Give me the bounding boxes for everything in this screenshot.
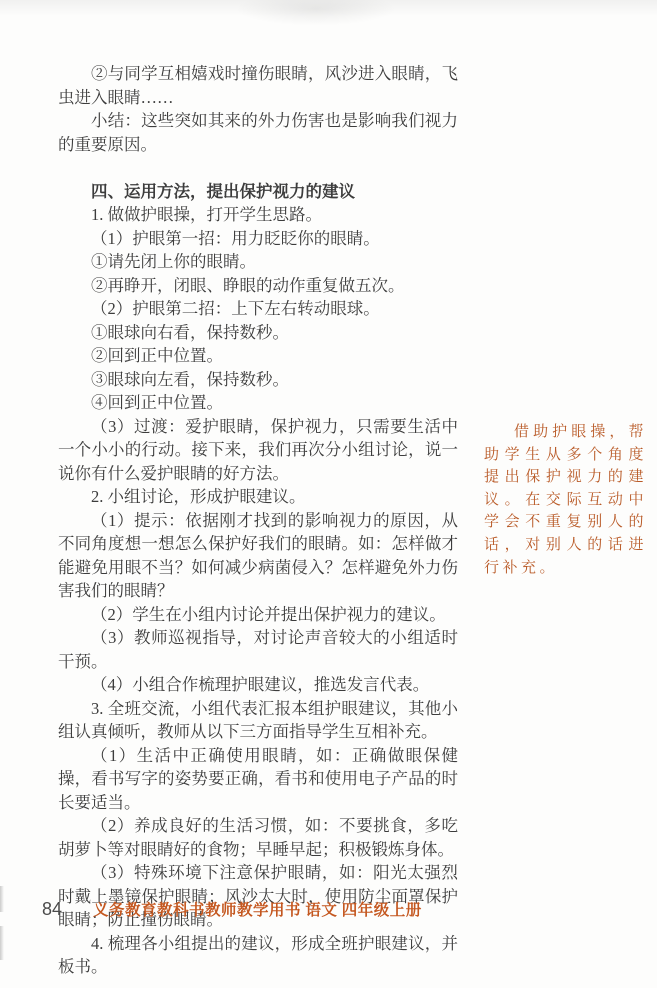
paragraph: （2）学生在小组内讨论并提出保护视力的建议。	[58, 603, 458, 627]
paragraph: （2）护眼第二招：上下左右转动眼球。	[58, 297, 458, 321]
step-paragraph: 1. 做做护眼操，打开学生思路。	[58, 203, 458, 227]
lesson-text-column: ②与同学互相嬉戏时撞伤眼睛，风沙进入眼睛，飞虫进入眼睛…… 小结：这些突如其来的…	[58, 62, 458, 979]
paragraph: （1）护眼第一招：用力眨眨你的眼睛。	[58, 227, 458, 251]
scan-artifact-smudge	[236, 0, 396, 26]
section-heading: 四、运用方法，提出保护视力的建议	[58, 180, 458, 204]
paragraph: ②再睁开，闭眼、睁眼的动作重复做五次。	[58, 274, 458, 298]
step-paragraph: 3. 全班交流，小组代表汇报本组护眼建议，其他小组认真倾听，教师从以下三方面指导…	[58, 697, 458, 744]
footer-book-title: 义务教育教科书教师教学用书 语文 四年级上册	[93, 898, 422, 920]
paragraph: （3）特殊环境下注意保护眼睛，如：阳光太强烈时戴上墨镜保护眼睛；风沙太大时，使用…	[58, 861, 458, 932]
scan-artifact-left-edge	[0, 886, 4, 912]
paragraph: （1）生活中正确使用眼睛，如：正确做眼保健操，看书写字的姿势要正确，看书和使用电…	[58, 744, 458, 815]
paragraph: （1）提示：依据刚才找到的影响视力的原因，从不同角度想一想怎么保护好我们的眼睛。…	[58, 509, 458, 603]
paragraph: ①请先闭上你的眼睛。	[58, 250, 458, 274]
paragraph: ③眼球向左看，保持数秒。	[58, 368, 458, 392]
book-page: ②与同学互相嬉戏时撞伤眼睛，风沙进入眼睛，飞虫进入眼睛…… 小结：这些突如其来的…	[0, 0, 657, 988]
paragraph: ①眼球向右看，保持数秒。	[58, 321, 458, 345]
scan-artifact-left-edge	[0, 926, 4, 960]
paragraph: （3）过渡：爱护眼睛，保护视力，只需要生活中一个小小的行动。接下来，我们再次分小…	[58, 415, 458, 486]
paragraph: （3）教师巡视指导，对讨论声音较大的小组适时干预。	[58, 626, 458, 673]
paragraph: ②与同学互相嬉戏时撞伤眼睛，风沙进入眼睛，飞虫进入眼睛……	[58, 62, 458, 109]
paragraph: ④回到正中位置。	[58, 391, 458, 415]
step-paragraph: 2. 小组讨论，形成护眼建议。	[58, 485, 458, 509]
paragraph: 小结：这些突如其来的外力伤害也是影响我们视力的重要原因。	[58, 109, 458, 156]
step-paragraph: 4. 梳理各小组提出的建议，形成全班护眼建议，并板书。	[58, 932, 458, 979]
scan-artifact-top-edge	[0, 0, 657, 16]
page-footer: 84 义务教育教科书教师教学用书 语文 四年级上册	[42, 898, 422, 920]
paragraph: （4）小组合作梳理护眼建议，推选发言代表。	[58, 673, 458, 697]
paragraph: （2）养成良好的生活习惯，如：不要挑食，多吃胡萝卜等对眼睛好的食物；早睡早起；积…	[58, 814, 458, 861]
page-number: 84	[42, 899, 62, 920]
margin-note: 借助护眼操，帮助学生从多个角度提出保护视力的建议。在交际互动中学会不重复别人的话…	[484, 421, 647, 579]
paragraph: ②回到正中位置。	[58, 344, 458, 368]
